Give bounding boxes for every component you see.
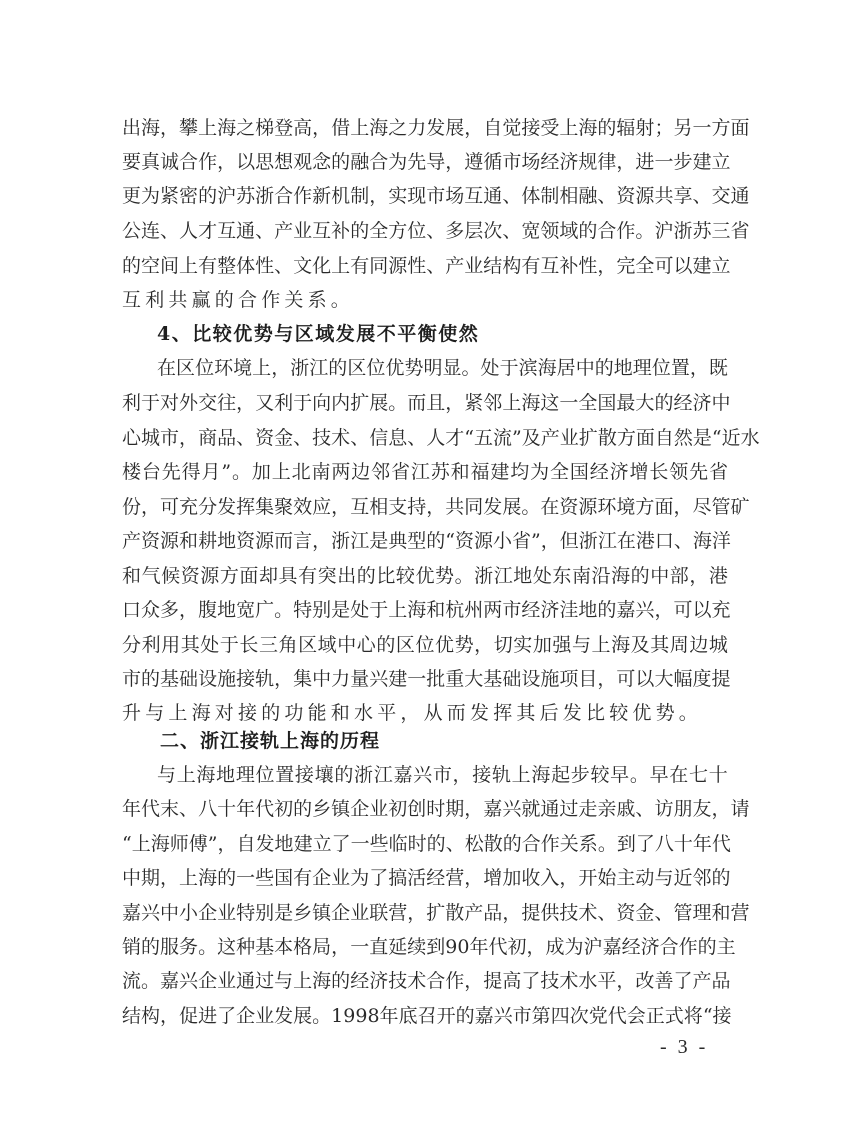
body-text-line: 公连、人才互通、产业互补的全方位、多层次、宽领域的合作。沪浙苏三省 xyxy=(122,216,728,246)
body-text-line: 份，可充分发挥集聚效应，互相支持，共同发展。在资源环境方面，尽管矿 xyxy=(122,492,728,522)
body-text-line: 利于对外交往，又利于向内扩展。而且，紧邻上海这一全国最大的经济中 xyxy=(122,388,728,418)
page-number: - 3 - xyxy=(660,1036,708,1059)
body-text-line: 结构，促进了企业发展。1998年底召开的嘉兴市第四次党代会正式将“接 xyxy=(122,1001,728,1031)
body-text-line: 年代末、八十年代初的乡镇企业初创时期，嘉兴就通过走亲戚、访朋友，请 xyxy=(122,794,728,824)
body-text-line: “上海师傅”，自发地建立了一些临时的、松散的合作关系。到了八十年代 xyxy=(122,829,728,859)
body-text-line: 要真诚合作，以思想观念的融合为先导，遵循市场经济规律，进一步建立 xyxy=(122,147,728,177)
chapter-heading: 二、浙江接轨上海的历程 xyxy=(160,726,380,756)
body-text-line: 口众多，腹地宽广。特别是处于上海和杭州两市经济洼地的嘉兴，可以充 xyxy=(122,595,728,625)
body-text-line: 嘉兴中小企业特别是乡镇企业联营，扩散产品，提供技术、资金、管理和营 xyxy=(122,898,728,928)
body-text-line: 产资源和耕地资源而言，浙江是典型的“资源小省”，但浙江在港口、海洋 xyxy=(122,526,728,556)
body-text-line: 出海，攀上海之梯登高，借上海之力发展，自觉接受上海的辐射；另一方面 xyxy=(122,113,728,143)
body-text-line: 升与上海对接的功能和水平，从而发挥其后发比较优势。 xyxy=(122,698,728,728)
document-page: 出海，攀上海之梯登高，借上海之力发展，自觉接受上海的辐射；另一方面 要真诚合作，… xyxy=(0,0,850,1146)
body-text-line: 楼台先得月”。加上北南两边邻省江苏和福建均为全国经济增长领先省 xyxy=(122,457,728,487)
body-text-line: 中期，上海的一些国有企业为了搞活经营，增加收入，开始主动与近邻的 xyxy=(122,863,728,893)
body-text-line: 市的基础设施接轨，集中力量兴建一批重大基础设施项目，可以大幅度提 xyxy=(122,664,728,694)
body-text-line: 销的服务。这种基本格局，一直延续到90年代初，成为沪嘉经济合作的主 xyxy=(122,932,728,962)
body-text-line: 互利共赢的合作关系。 xyxy=(122,285,728,315)
body-text-line: 的空间上有整体性、文化上有同源性、产业结构有互补性，完全可以建立 xyxy=(122,251,728,281)
body-text-line: 更为紧密的沪苏浙合作新机制，实现市场互通、体制相融、资源共享、交通 xyxy=(122,181,728,211)
body-text-line: 在区位环境上，浙江的区位优势明显。处于滨海居中的地理位置，既 xyxy=(157,353,728,383)
body-text-line: 分利用其处于长三角区域中心的区位优势，切实加强与上海及其周边城 xyxy=(122,630,728,660)
body-text-line: 和气候资源方面却具有突出的比较优势。浙江地处东南沿海的中部，港 xyxy=(122,561,728,591)
body-text-line: 流。嘉兴企业通过与上海的经济技术合作，提高了技术水平，改善了产品 xyxy=(122,966,728,996)
section-heading: 4、比较优势与区域发展不平衡使然 xyxy=(157,319,479,349)
body-text-line: 心城市，商品、资金、技术、信息、人才“五流”及产业扩散方面自然是“近水 xyxy=(122,423,728,453)
body-text-line: 与上海地理位置接壤的浙江嘉兴市，接轨上海起步较早。早在七十 xyxy=(157,760,728,790)
